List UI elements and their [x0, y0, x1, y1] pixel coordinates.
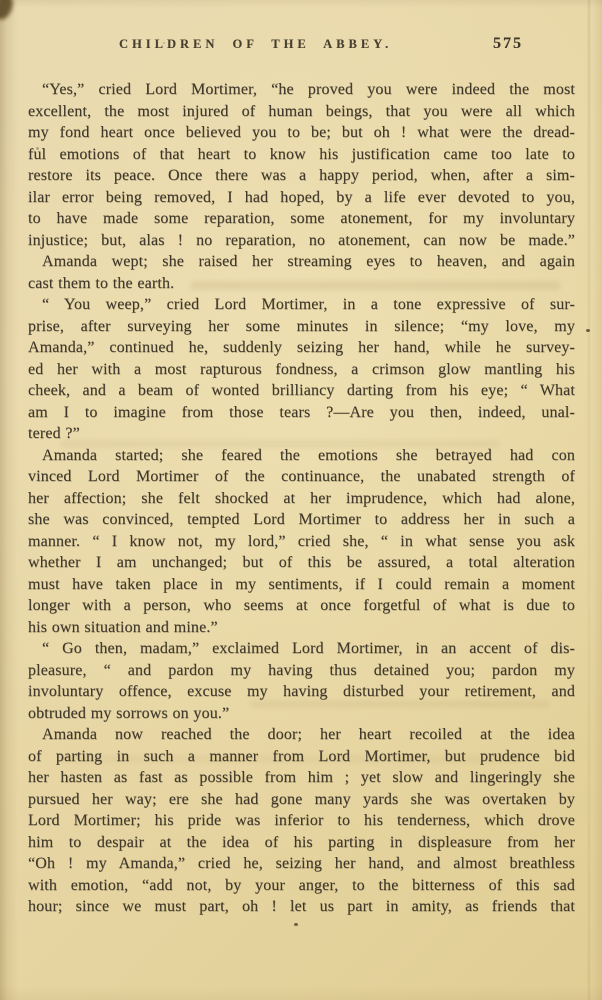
- body-text: “Yes,” cried Lord Mortimer, “he proved y…: [28, 79, 575, 918]
- text-line: injustice; but, alas ! no reparation, no…: [28, 230, 575, 252]
- text-line: of parting in such a manner from Lord Mo…: [28, 746, 575, 768]
- text-line: vinced Lord Mortimer of the continuance,…: [28, 466, 575, 488]
- page-number: 575: [493, 35, 523, 53]
- text-line: Amanda,” continued he, suddenly seizing …: [28, 337, 575, 359]
- text-line: longer with a person, who seems at once …: [28, 595, 575, 617]
- text-line: ilar error being removed, I had hoped, b…: [28, 187, 575, 209]
- text-line: “ You weep,” cried Lord Mortimer, in a t…: [28, 294, 575, 316]
- text-line: am I to imagine from those tears ?—Are y…: [28, 402, 575, 424]
- text-line: his own situation and mine.”: [28, 617, 575, 639]
- text-line: to have made some reparation, some atone…: [28, 208, 575, 230]
- paper-corner-blemish: [0, 0, 16, 22]
- text-line: prise, after surveying her some minutes …: [28, 316, 575, 338]
- text-line: restore its peace. Once there was a happ…: [28, 165, 575, 187]
- text-line: hour; since we must part, oh ! let us pa…: [28, 896, 575, 918]
- text-line: my fond heart once believed you to be; b…: [28, 122, 575, 144]
- text-line: her hasten as fast as possible from him …: [28, 767, 575, 789]
- text-line: “Yes,” cried Lord Mortimer, “he proved y…: [28, 79, 575, 101]
- text-line: tered ?”: [28, 423, 575, 445]
- text-line: pursued her way; ere she had gone many y…: [28, 789, 575, 811]
- text-line: “Oh ! my Amanda,” cried he, seizing her …: [28, 853, 575, 875]
- text-line: must have taken place in my sentiments, …: [28, 574, 575, 596]
- paragraph-4: Amanda started; she feared the emotions …: [28, 445, 575, 639]
- text-line: Amanda now reached the door; her heart r…: [28, 724, 575, 746]
- text-line: pleasure, “ and pardon my having thus de…: [28, 660, 575, 682]
- text-line: him to despair at the idea of his partin…: [28, 832, 575, 854]
- text-line: Lord Mortimer; his pride was inferior to…: [28, 810, 575, 832]
- text-line: whether I am unchanged; but of this be a…: [28, 552, 575, 574]
- page-header: CHILDREN OF THE ABBEY. 575: [0, 37, 602, 57]
- running-title: CHILDREN OF THE ABBEY.: [119, 37, 392, 52]
- text-line: Amanda wept; she raised her streaming ey…: [28, 251, 575, 273]
- text-line: cast them to the earth.: [28, 273, 575, 295]
- text-line: obtruded my sorrows on you.”: [28, 703, 575, 725]
- ink-dot: [294, 923, 298, 926]
- text-line: she was convinced, tempted Lord Mortimer…: [28, 509, 575, 531]
- text-line: manner. “ I know not, my lord,” cried sh…: [28, 531, 575, 553]
- text-line: her affection; she felt shocked at her i…: [28, 488, 575, 510]
- text-line: with emotion, “add not, by your anger, t…: [28, 875, 575, 897]
- paper-speck: [586, 329, 590, 332]
- text-line: ed her with a most rapturous fondness, a…: [28, 359, 575, 381]
- book-page: CHILDREN OF THE ABBEY. 575 “Yes,” cried …: [0, 0, 602, 1000]
- text-line: “ Go then, madam,” exclaimed Lord Mortim…: [28, 638, 575, 660]
- text-line: cheek, and a beam of wonted brilliancy d…: [28, 380, 575, 402]
- paragraph-6: Amanda now reached the door; her heart r…: [28, 724, 575, 918]
- text-line: ful emotions of that heart to know his j…: [28, 144, 575, 166]
- text-line: excellent, the most injured of human bei…: [28, 101, 575, 123]
- paragraph-5: “ Go then, madam,” exclaimed Lord Mortim…: [28, 638, 575, 724]
- paper-crease: [588, 0, 590, 1000]
- text-line: involuntary offence, excuse my having di…: [28, 681, 575, 703]
- text-line: Amanda started; she feared the emotions …: [28, 445, 575, 467]
- paragraph-2: Amanda wept; she raised her streaming ey…: [28, 251, 575, 294]
- paragraph-3: “ You weep,” cried Lord Mortimer, in a t…: [28, 294, 575, 445]
- paragraph-1: “Yes,” cried Lord Mortimer, “he proved y…: [28, 79, 575, 251]
